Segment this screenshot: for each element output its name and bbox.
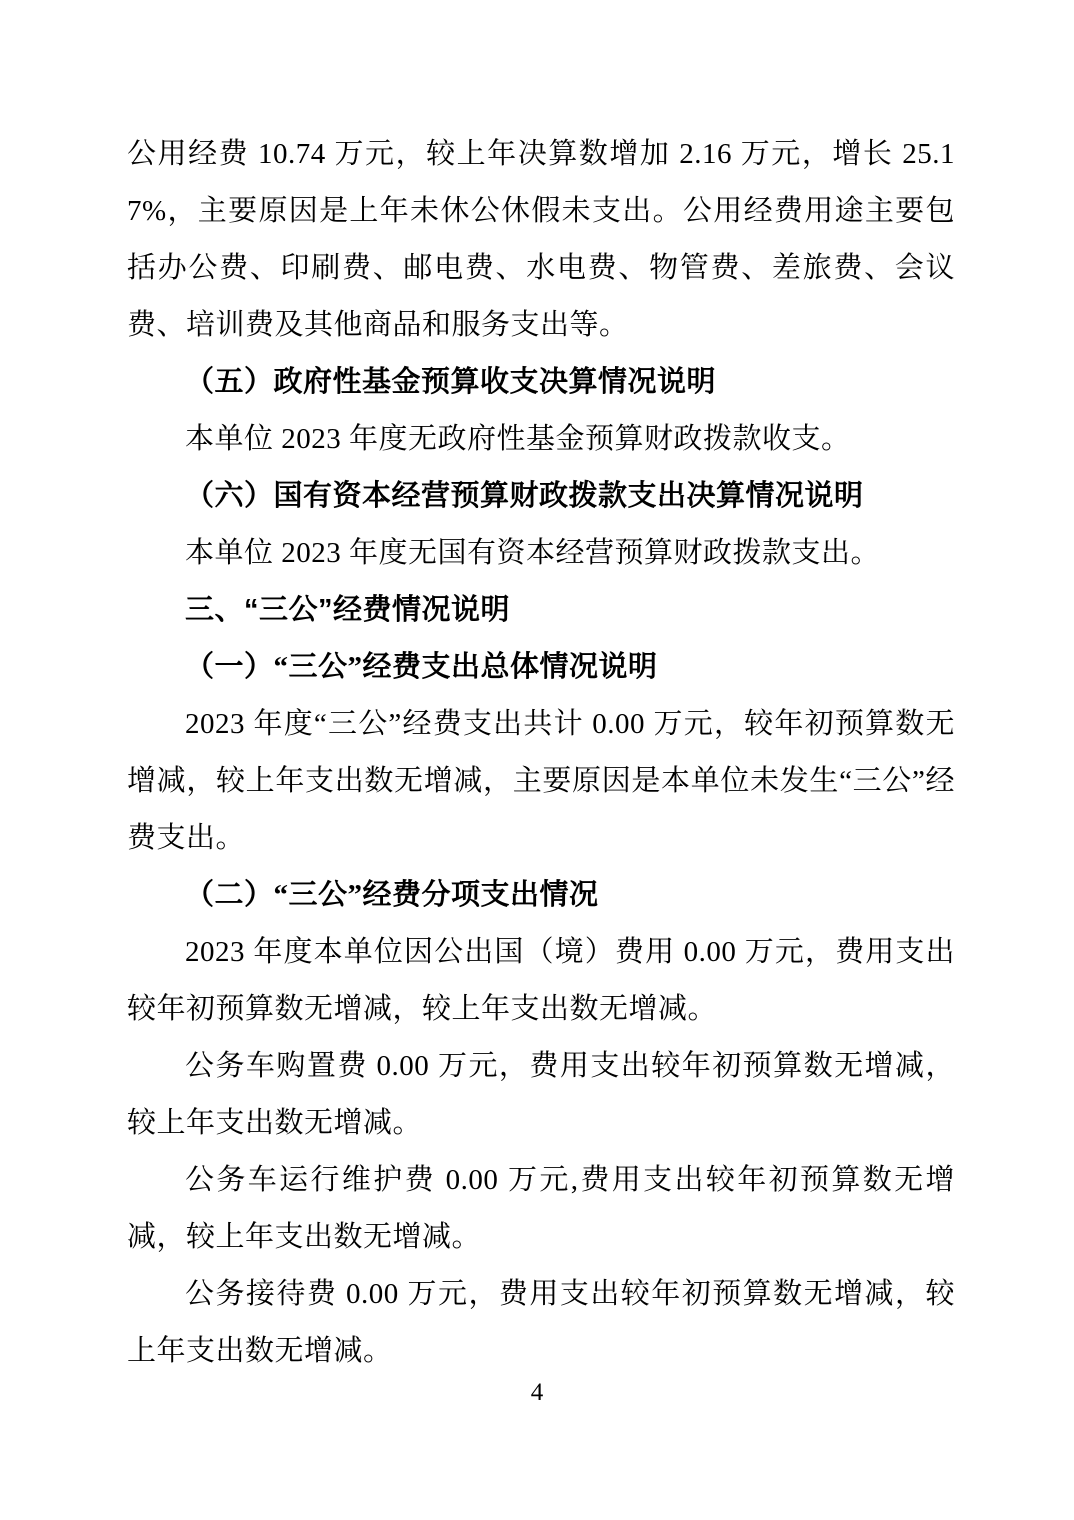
heading-section-5-gov-fund-budget: （五）政府性基金预算收支决算情况说明 bbox=[127, 354, 955, 411]
paragraph-state-capital-none: 本单位 2023 年度无国有资本经营预算财政拨款支出。 bbox=[127, 525, 955, 582]
paragraph-official-reception-expense: 公务接待费 0.00 万元，费用支出较年初预算数无增减，较上年支出数无增减。 bbox=[127, 1266, 955, 1380]
heading-section-6-state-capital-budget: （六）国有资本经营预算财政拨款支出决算情况说明 bbox=[127, 468, 955, 525]
paragraph-overseas-travel-expense: 2023 年度本单位因公出国（境）费用 0.00 万元，费用支出较年初预算数无增… bbox=[127, 924, 955, 1038]
document-content: 公用经费 10.74 万元，较上年决算数增加 2.16 万元，增长 25.17%… bbox=[127, 126, 955, 1380]
heading-sub-1-three-public-total: （一）“三公”经费支出总体情况说明 bbox=[127, 639, 955, 696]
paragraph-public-funds-detail: 公用经费 10.74 万元，较上年决算数增加 2.16 万元，增长 25.17%… bbox=[127, 126, 955, 354]
page-number: 4 bbox=[0, 1378, 1074, 1408]
heading-sub-2-three-public-items: （二）“三公”经费分项支出情况 bbox=[127, 867, 955, 924]
paragraph-gov-fund-none: 本单位 2023 年度无政府性基金预算财政拨款收支。 bbox=[127, 411, 955, 468]
paragraph-three-public-total: 2023 年度“三公”经费支出共计 0.00 万元，较年初预算数无增减，较上年支… bbox=[127, 696, 955, 867]
document-page: 公用经费 10.74 万元，较上年决算数增加 2.16 万元，增长 25.17%… bbox=[0, 0, 1074, 1520]
heading-chapter-3-three-public-funds: 三、“三公”经费情况说明 bbox=[127, 582, 955, 639]
paragraph-vehicle-purchase-expense: 公务车购置费 0.00 万元，费用支出较年初预算数无增减，较上年支出数无增减。 bbox=[127, 1038, 955, 1152]
paragraph-vehicle-maintenance-expense: 公务车运行维护费 0.00 万元,费用支出较年初预算数无增减，较上年支出数无增减… bbox=[127, 1152, 955, 1266]
